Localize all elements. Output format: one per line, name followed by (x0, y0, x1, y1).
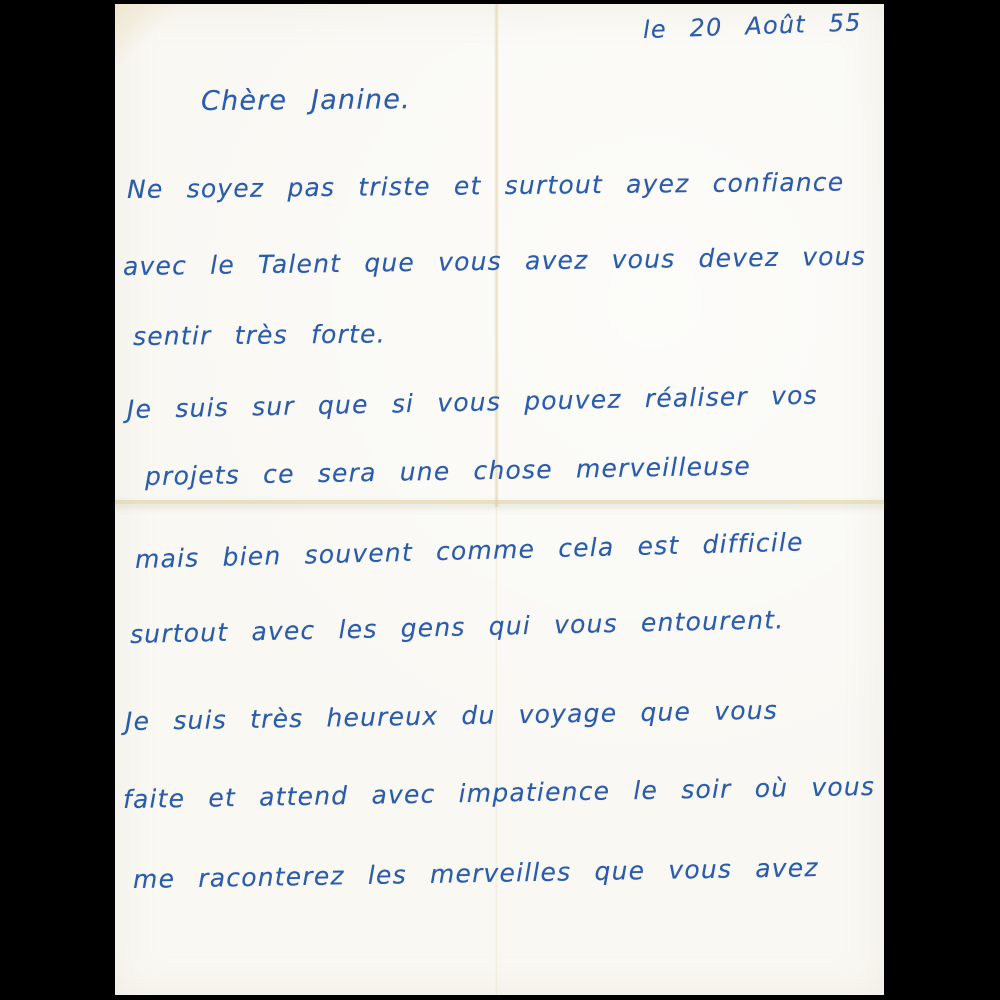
letter-line: surtout avec les gens qui vous entourent… (130, 605, 785, 649)
letter-line: me raconterez les merveilles que vous av… (133, 853, 819, 894)
horizontal-fold-crease (115, 500, 884, 504)
vertical-fold-crease-lower (495, 507, 498, 995)
letter-photo: le 20 Août 55 Chère Janine. Ne soyez pas… (0, 0, 1000, 1000)
letter-salutation: Chère Janine. (201, 84, 411, 117)
letter-date: le 20 Août 55 (643, 8, 863, 44)
letter-line: sentir très forte. (133, 319, 386, 351)
letter-line: mais bien souvent comme cela est diffici… (135, 527, 804, 573)
letter-line: Je suis sur que si vous pouvez réaliser … (127, 381, 818, 424)
letter-line: avec le Talent que vous avez vous devez … (123, 242, 866, 281)
letter-paper: le 20 Août 55 Chère Janine. Ne soyez pas… (115, 4, 884, 995)
letter-line: faite et attend avec impatience le soir … (123, 772, 876, 814)
letter-line: Je suis très heureux du voyage que vous (125, 696, 779, 736)
paper-corner-fold (115, 4, 185, 64)
letter-line: projets ce sera une chose merveilleuse (145, 451, 752, 491)
letter-line: Ne soyez pas triste et surtout ayez conf… (127, 167, 845, 204)
